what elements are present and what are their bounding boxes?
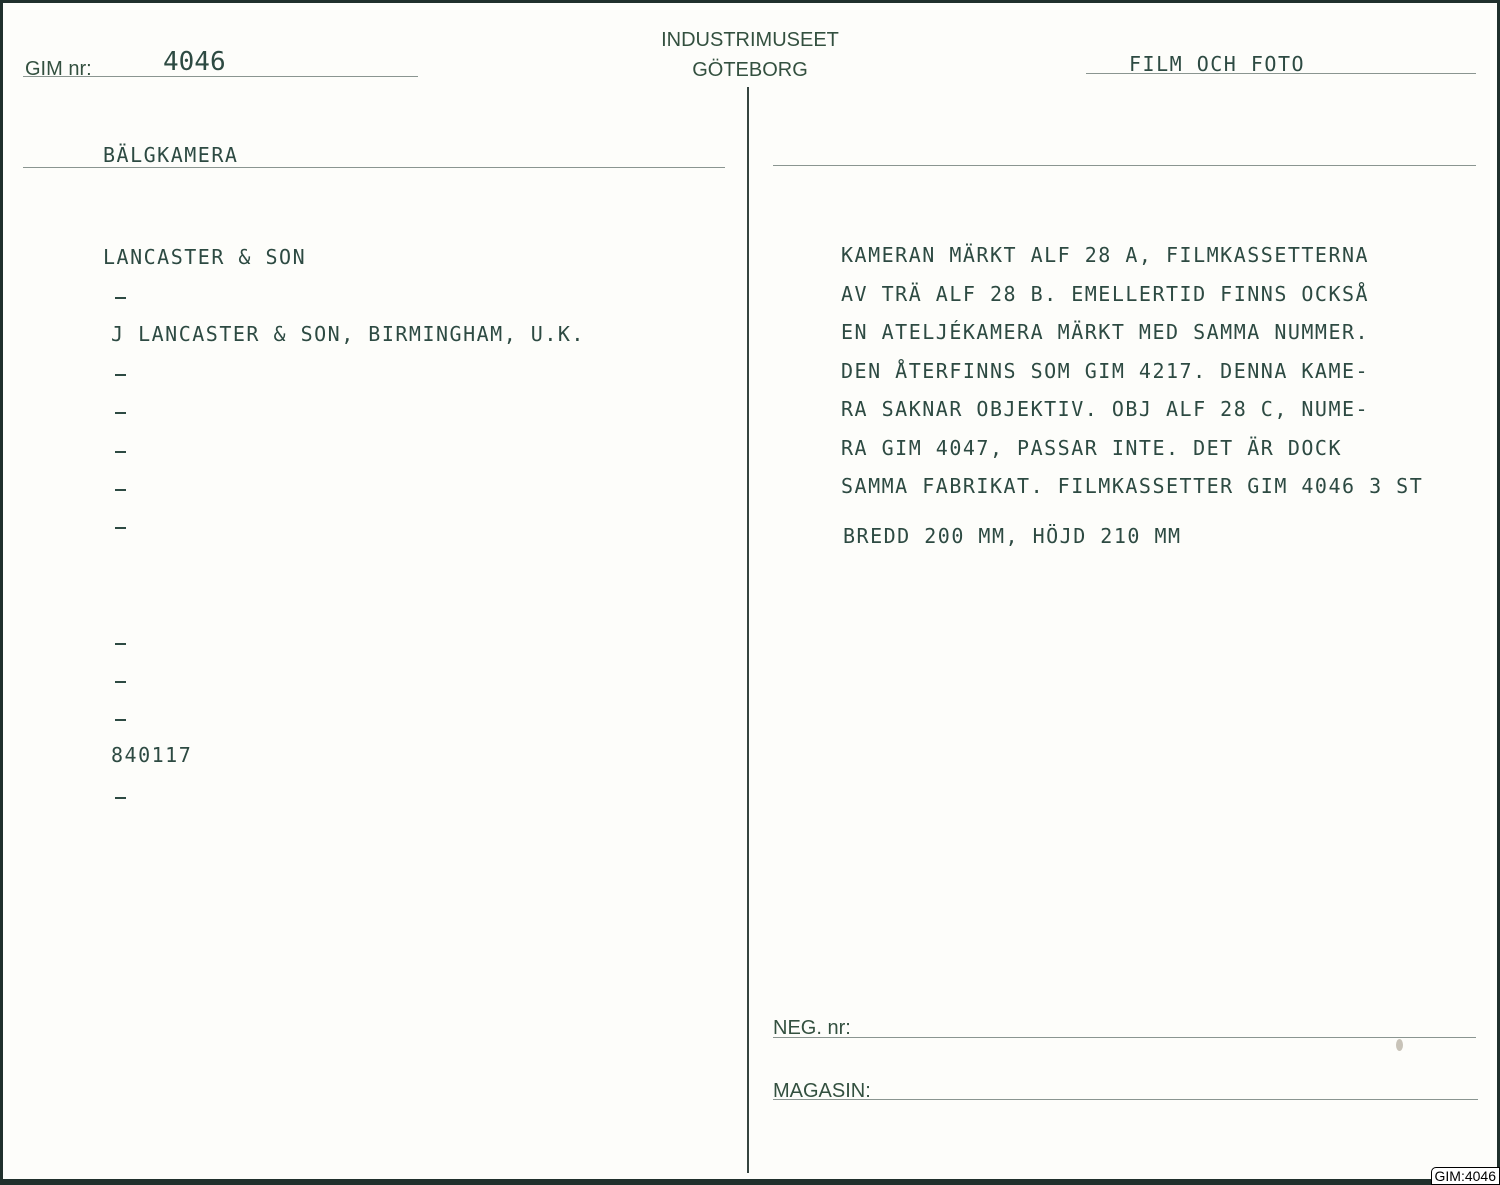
column-divider (747, 87, 749, 1173)
field-value: LANCASTER & SON (103, 245, 306, 269)
empty-field-dash (115, 643, 126, 645)
museum-name-line1: INDUSTRIMUSEET (620, 25, 880, 55)
empty-field-dash (115, 412, 126, 414)
stain-mark (1396, 1039, 1403, 1051)
empty-field-dash (115, 374, 126, 376)
description-line: KAMERAN MÄRKT ALF 28 A, FILMKASSETTERNA (841, 243, 1369, 267)
description-line: SAMMA FABRIKAT. FILMKASSETTER GIM 4046 3… (841, 474, 1423, 498)
museum-name: INDUSTRIMUSEET GÖTEBORG (620, 25, 880, 85)
gim-number-value: 4046 (163, 47, 226, 77)
catalog-card: GIM nr: 4046 INDUSTRIMUSEET GÖTEBORG FIL… (3, 3, 1497, 1179)
field-value: J LANCASTER & SON, BIRMINGHAM, U.K. (111, 322, 585, 346)
empty-field-dash (115, 297, 126, 299)
field-value: 840117 (111, 743, 192, 767)
empty-field-dash (115, 527, 126, 529)
neg-number-field (773, 1037, 1476, 1038)
description-line: RA GIM 4047, PASSAR INTE. DET ÄR DOCK (841, 436, 1342, 460)
description-line: RA SAKNAR OBJEKTIV. OBJ ALF 28 C, NUME- (841, 397, 1369, 421)
gim-number-label: GIM nr: (25, 58, 92, 81)
empty-field-dash (115, 681, 126, 683)
description-line: DEN ÅTERFINNS SOM GIM 4217. DENNA KAME- (841, 359, 1369, 383)
museum-name-line2: GÖTEBORG (620, 55, 880, 85)
empty-field-dash (115, 797, 126, 799)
empty-field-dash (115, 489, 126, 491)
gim-number-rule (23, 76, 418, 77)
right-title-rule (773, 165, 1476, 166)
description-line: EN ATELJÉKAMERA MÄRKT MED SAMMA NUMMER. (841, 320, 1369, 344)
object-name-rule (23, 167, 725, 168)
empty-field-dash (115, 451, 126, 453)
archive-stamp: GIM:4046 (1431, 1167, 1500, 1185)
dimensions: BREDD 200 MM, HÖJD 210 MM (843, 524, 1182, 548)
object-name: BÄLGKAMERA (103, 143, 238, 167)
category-rule (1086, 73, 1476, 74)
description-line: AV TRÄ ALF 28 B. EMELLERTID FINNS OCKSÅ (841, 282, 1369, 306)
magasin-field (773, 1099, 1478, 1100)
empty-field-dash (115, 719, 126, 721)
